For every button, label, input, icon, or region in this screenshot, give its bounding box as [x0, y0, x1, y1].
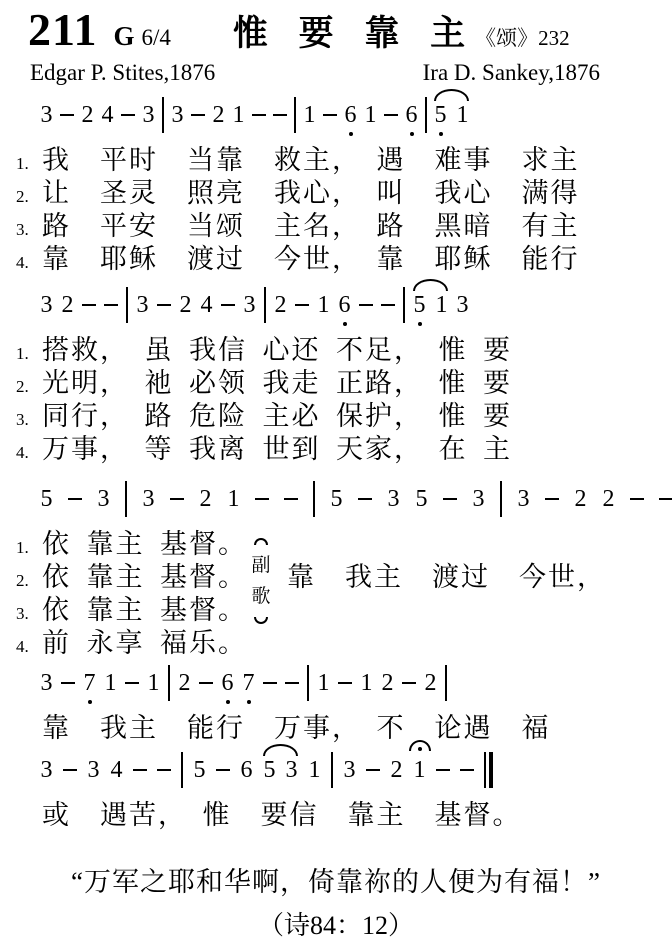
jianpu-note: 1 [317, 670, 330, 696]
key-signature: G 6/4 [113, 21, 170, 52]
duration-dash [384, 114, 398, 116]
verse-number: 2. [16, 571, 42, 591]
duration-dash [338, 682, 352, 684]
octave-dot-low [410, 132, 414, 136]
jianpu-note: 2 [81, 102, 94, 128]
barline [500, 481, 502, 517]
jianpu-note: 1 [232, 102, 245, 128]
refrain-text: 靠 我主 渡过 今世， [287, 555, 606, 594]
verse-row: 2. 光明， 祂 必领 我走 正路， 惟 要 [0, 361, 672, 394]
duration-dash [121, 114, 135, 116]
duration-dash [216, 769, 230, 771]
scripture-quote: “万军之耶和华啊，倚靠祢的人便为有福！” [0, 860, 672, 899]
jianpu-note: 7 [83, 670, 96, 696]
jianpu-note: 3 [40, 102, 53, 128]
barline [168, 665, 170, 701]
duration-dash [285, 682, 299, 684]
jianpu-note: 1 [303, 102, 316, 128]
duration-dash [199, 682, 213, 684]
jianpu-note: 6 [344, 102, 357, 128]
duration-dash [381, 304, 395, 306]
jianpu-note: 2 [381, 670, 394, 696]
verse-row: 2. 依 靠主 基督。 靠 我主 渡过 今世， [0, 555, 672, 588]
refrain-text: 或 遇苦， 惟 要信 靠主 基督。 [42, 793, 522, 832]
jianpu-note: 3 [97, 486, 110, 512]
refrain-label-char: 歌 [251, 586, 270, 607]
jianpu-note: 3 [472, 486, 485, 512]
music-line-2: 323243216513 [0, 282, 672, 328]
jianpu-note: 6 [338, 292, 351, 318]
duration-dash [366, 769, 380, 771]
verse-text: 前 永享 福乐。 [42, 621, 247, 660]
barline [126, 287, 128, 323]
verse-section-3: 1. 依 靠主 基督。 2. 依 靠主 基督。 靠 我主 渡过 今世， 3. 依… [0, 522, 672, 654]
duration-dash [68, 498, 82, 500]
jianpu-note: 4 [200, 292, 213, 318]
verse-number: 1. [16, 538, 42, 558]
jianpu-note: 3 [136, 292, 149, 318]
refrain-lyric-row: 靠 我主 能行 万事， 不 论遇 福 [0, 706, 672, 739]
octave-dot-low [88, 700, 92, 704]
octave-dot-low [418, 322, 422, 326]
verse-row: 4. 靠 耶稣 渡过 今世， 靠 耶稣 能行 [0, 237, 672, 270]
jianpu-note: 7 [242, 670, 255, 696]
verse-row: 1. 依 靠主 基督。 [0, 522, 672, 555]
jianpu-note: 1 [308, 757, 321, 783]
octave-dot-low [349, 132, 353, 136]
jianpu-note: 2 [574, 486, 587, 512]
duration-dash [104, 304, 118, 306]
jianpu-note: 5 [434, 102, 447, 128]
octave-dot-low [226, 700, 230, 704]
duration-dash [359, 304, 373, 306]
hymn-header: 211 G 6/4 惟 要 靠 主 《颂》232 [0, 0, 672, 58]
barline [425, 97, 427, 133]
music-line-1: 3243321161651 [0, 92, 672, 138]
jianpu-note: 2 [199, 486, 212, 512]
final-barline [484, 752, 493, 788]
verse-number: 1. [16, 154, 42, 174]
duration-dash [252, 114, 266, 116]
verse-row: 4. 前 永享 福乐。 [0, 621, 672, 654]
octave-dot-low [247, 700, 251, 704]
songbook-reference: 《颂》232 [475, 22, 570, 52]
verse-number: 4. [16, 637, 42, 657]
jianpu-note: 2 [274, 292, 287, 318]
hymn-number: 211 [28, 6, 97, 54]
duration-dash [323, 114, 337, 116]
duration-dash [157, 769, 171, 771]
duration-dash [191, 114, 205, 116]
verse-row: 4. 万事， 等 我离 世到 天家， 在 主 [0, 427, 672, 460]
duration-dash [82, 304, 96, 306]
jianpu-note: 3 [142, 102, 155, 128]
verse-number: 3. [16, 220, 42, 240]
duration-dash [284, 498, 298, 500]
jianpu-note: 2 [602, 486, 615, 512]
duration-dash [170, 498, 184, 500]
jianpu-note: 3 [285, 757, 298, 783]
duration-dash [61, 682, 75, 684]
jianpu-note: 3 [343, 757, 356, 783]
jianpu-note: 5 [40, 486, 53, 512]
jianpu-note: 2 [61, 292, 74, 318]
duration-dash [460, 769, 474, 771]
duration-dash [273, 114, 287, 116]
jianpu-note: 1 [456, 102, 469, 128]
hymn-title: 惟 要 靠 主 [233, 6, 471, 56]
jianpu-note: 3 [243, 292, 256, 318]
jianpu-note: 3 [40, 757, 53, 783]
duration-dash [659, 498, 672, 500]
jianpu-note: 3 [517, 486, 530, 512]
barline [331, 752, 333, 788]
jianpu-note: 3 [142, 486, 155, 512]
barline [403, 287, 405, 323]
verse-number: 3. [16, 410, 42, 430]
composer-credit: Ira D. Sankey,1876 [423, 60, 600, 88]
authors-row: Edgar P. Stites,1876 Ira D. Sankey,1876 [0, 58, 672, 88]
jianpu-note: 1 [413, 757, 426, 783]
verse-row: 3. 同行， 路 危险 主必 保护， 惟 要 [0, 394, 672, 427]
jianpu-note: 2 [178, 670, 191, 696]
duration-dash [630, 498, 644, 500]
jianpu-note: 6 [221, 670, 234, 696]
verse-section-2: 1. 搭救， 虽 我信 心还 不足， 惟 要 2. 光明， 祂 必领 我走 正路… [0, 328, 672, 460]
jianpu-note: 5 [263, 757, 276, 783]
refrain-label: 副 歌 [249, 538, 273, 624]
barline [162, 97, 164, 133]
jianpu-note: 5 [413, 292, 426, 318]
music-line-4: 37112671122 [0, 660, 672, 706]
jianpu-note: 6 [240, 757, 253, 783]
duration-dash [436, 769, 450, 771]
jianpu-note: 1 [147, 670, 160, 696]
jianpu-note: 2 [424, 670, 437, 696]
refrain-text: 靠 我主 能行 万事， 不 论遇 福 [42, 706, 551, 745]
key-letter: G [113, 21, 134, 51]
duration-dash [545, 498, 559, 500]
barline [445, 665, 447, 701]
verse-number: 3. [16, 604, 42, 624]
jianpu-note: 3 [456, 292, 469, 318]
refrain-lyric-row: 或 遇苦， 惟 要信 靠主 基督。 [0, 793, 672, 826]
duration-dash [133, 769, 147, 771]
verse-number: 1. [16, 344, 42, 364]
verse-text: 靠 耶稣 渡过 今世， 靠 耶稣 能行 [42, 237, 580, 276]
slur-group: 51 [413, 292, 448, 318]
jianpu-note: 1 [227, 486, 240, 512]
jianpu-note: 6 [405, 102, 418, 128]
jianpu-note: 5 [193, 757, 206, 783]
refrain-label-char: 副 [251, 555, 270, 576]
verse-row: 3. 路 平安 当颂 主名， 路 黑暗 有主 [0, 204, 672, 237]
hymn-sheet-page: 211 G 6/4 惟 要 靠 主 《颂》232 Edgar P. Stites… [0, 0, 672, 944]
jianpu-note: 2 [179, 292, 192, 318]
lyricist-credit: Edgar P. Stites,1876 [30, 60, 215, 88]
barline [181, 752, 183, 788]
duration-dash [63, 769, 77, 771]
verse-text: 万事， 等 我离 世到 天家， 在 主 [42, 427, 512, 466]
jianpu-note: 5 [330, 486, 343, 512]
jianpu-note: 3 [387, 486, 400, 512]
jianpu-note: 1 [360, 670, 373, 696]
vertical-paren-bottom-icon [254, 617, 268, 624]
verse-row: 1. 我 平时 当靠 救主， 遇 难事 求主 [0, 138, 672, 171]
jianpu-note: 1 [435, 292, 448, 318]
jianpu-note: 3 [40, 292, 53, 318]
octave-dot-low [343, 322, 347, 326]
jianpu-note: 3 [171, 102, 184, 128]
verse-row: 1. 搭救， 虽 我信 心还 不足， 惟 要 [0, 328, 672, 361]
barline [125, 481, 127, 517]
jianpu-note: 4 [101, 102, 114, 128]
duration-dash [402, 682, 416, 684]
verse-number: 4. [16, 443, 42, 463]
duration-dash [295, 304, 309, 306]
duration-dash [125, 682, 139, 684]
jianpu-note: 1 [104, 670, 117, 696]
music-line-3: 533215353322 [0, 476, 672, 522]
barline [313, 481, 315, 517]
verse-number: 2. [16, 377, 42, 397]
slur-group: 53 [263, 757, 298, 783]
jianpu-note: 3 [87, 757, 100, 783]
duration-dash [443, 498, 457, 500]
barline [264, 287, 266, 323]
time-signature: 6/4 [141, 25, 170, 50]
jianpu-note: 1 [364, 102, 377, 128]
duration-dash [221, 304, 235, 306]
duration-dash [263, 682, 277, 684]
scripture-citation: （诗84：12） [0, 905, 672, 942]
duration-dash [60, 114, 74, 116]
jianpu-note: 2 [212, 102, 225, 128]
barline [294, 97, 296, 133]
verse-number: 2. [16, 187, 42, 207]
music-line-5: 33456531321 [0, 747, 672, 793]
duration-dash [157, 304, 171, 306]
jianpu-note: 2 [390, 757, 403, 783]
barline [307, 665, 309, 701]
verse-section-1: 1. 我 平时 当靠 救主， 遇 难事 求主 2. 让 圣灵 照亮 我心， 叫 … [0, 138, 672, 270]
jianpu-note: 5 [415, 486, 428, 512]
verse-number: 4. [16, 253, 42, 273]
duration-dash [255, 498, 269, 500]
octave-dot-low [439, 132, 443, 136]
jianpu-note: 4 [110, 757, 123, 783]
jianpu-note: 3 [40, 670, 53, 696]
vertical-paren-top-icon [254, 538, 268, 545]
jianpu-note: 1 [317, 292, 330, 318]
duration-dash [358, 498, 372, 500]
verse-row: 2. 让 圣灵 照亮 我心， 叫 我心 满得 [0, 171, 672, 204]
slur-group: 51 [434, 102, 469, 128]
